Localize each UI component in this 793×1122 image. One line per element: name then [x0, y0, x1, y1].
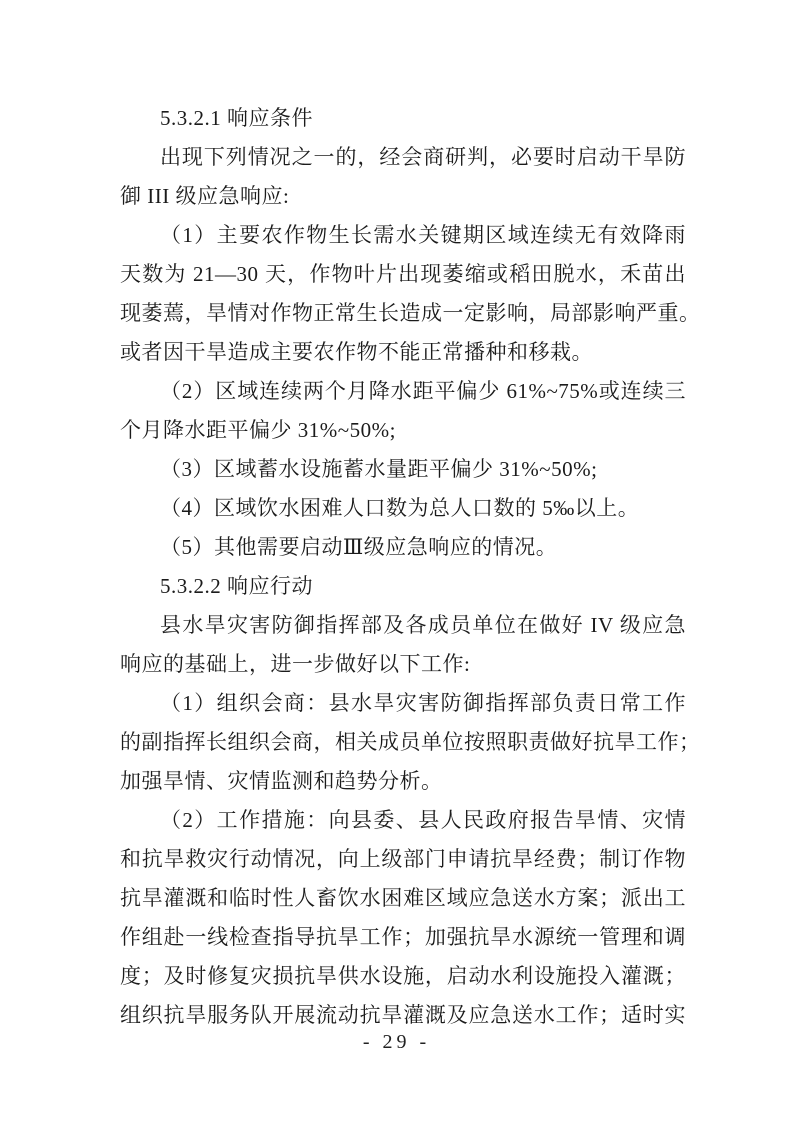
text-line: 的副指挥长组织会商，相关成员单位按照职责做好抗旱工作；: [120, 723, 686, 762]
text-line: 现萎蔫，旱情对作物正常生长造成一定影响，局部影响严重。: [120, 294, 686, 333]
text-line: 响应的基础上，进一步做好以下工作:: [120, 645, 686, 684]
text-line: （4）区域饮水困难人口数为总人口数的 5‰以上。: [120, 489, 686, 528]
text-line: 御 III 级应急响应:: [120, 177, 686, 216]
text-line: （1）主要农作物生长需水关键期区域连续无有效降雨: [120, 216, 686, 255]
text-line: 天数为 21—30 天，作物叶片出现萎缩或稻田脱水，禾苗出: [120, 255, 686, 294]
text-line: 出现下列情况之一的，经会商研判，必要时启动干旱防: [120, 138, 686, 177]
text-line: （5）其他需要启动Ⅲ级应急响应的情况。: [120, 528, 686, 567]
text-line: （2）区域连续两个月降水距平偏少 61%~75%或连续三: [120, 372, 686, 411]
text-line: （3）区域蓄水设施蓄水量距平偏少 31%~50%;: [120, 450, 686, 489]
text-line: 个月降水距平偏少 31%~50%;: [120, 411, 686, 450]
text-line: 组织抗旱服务队开展流动抗旱灌溉及应急送水工作；适时实: [120, 996, 686, 1035]
document-body: 5.3.2.1 响应条件出现下列情况之一的，经会商研判，必要时启动干旱防御 II…: [120, 99, 686, 1035]
document-page: 5.3.2.1 响应条件出现下列情况之一的，经会商研判，必要时启动干旱防御 II…: [0, 0, 793, 1122]
text-line: 作组赴一线检查指导抗旱工作；加强抗旱水源统一管理和调: [120, 918, 686, 957]
text-line: 度；及时修复灾损抗旱供水设施，启动水利设施投入灌溉；: [120, 957, 686, 996]
text-line: （2）工作措施：向县委、县人民政府报告旱情、灾情: [120, 801, 686, 840]
text-line: 加强旱情、灾情监测和趋势分析。: [120, 762, 686, 801]
text-line: 抗旱灌溉和临时性人畜饮水困难区域应急送水方案；派出工: [120, 879, 686, 918]
text-line: 和抗旱救灾行动情况，向上级部门申请抗旱经费；制订作物: [120, 840, 686, 879]
text-line: （1）组织会商：县水旱灾害防御指挥部负责日常工作: [120, 684, 686, 723]
text-line: 县水旱灾害防御指挥部及各成员单位在做好 IV 级应急: [120, 606, 686, 645]
text-line: 5.3.2.2 响应行动: [120, 567, 686, 606]
text-line: 5.3.2.1 响应条件: [120, 99, 686, 138]
text-line: 或者因干旱造成主要农作物不能正常播种和移栽。: [120, 333, 686, 372]
page-number: - 29 -: [0, 1031, 793, 1054]
